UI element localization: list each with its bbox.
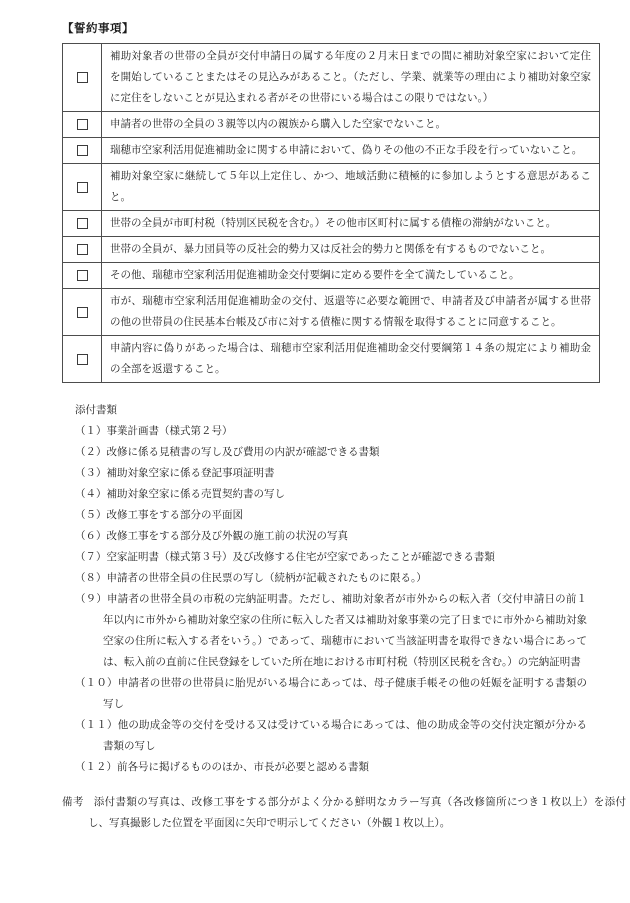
- pledge-row: 市が、瑞穂市空家利活用促進補助金の交付、返還等に必要な範囲で、申請者及び申請者が…: [63, 289, 600, 336]
- pledge-checkbox[interactable]: [77, 270, 88, 281]
- pledge-checkbox-cell: [63, 336, 102, 383]
- attachment-item: （１０）申請者の世帯の世帯員に胎児がいる場合にあっては、母子健康手帳その他の妊娠…: [75, 673, 587, 715]
- pledge-row: 世帯の全員が、暴力団員等の反社会的勢力又は反社会的勢力と関係を有するものでないこ…: [63, 237, 600, 263]
- attachment-item: （２）改修に係る見積書の写し及び費用の内訳が確認できる書類: [75, 442, 587, 463]
- pledge-checkbox[interactable]: [77, 244, 88, 255]
- pledge-checkbox[interactable]: [77, 145, 88, 156]
- pledge-checkbox[interactable]: [77, 72, 88, 83]
- pledge-checkbox-cell: [63, 289, 102, 336]
- pledge-checkbox[interactable]: [77, 218, 88, 229]
- pledge-text: 瑞穂市空家利活用促進補助金に関する申請において、偽りその他の不正な手段を行ってい…: [102, 138, 600, 164]
- pledge-row: その他、瑞穂市空家利活用促進補助金交付要綱に定める要件を全て満たしていること。: [63, 263, 600, 289]
- pledge-text: 市が、瑞穂市空家利活用促進補助金の交付、返還等に必要な範囲で、申請者及び申請者が…: [102, 289, 600, 336]
- pledge-checkbox[interactable]: [77, 119, 88, 130]
- attachments-heading: 添付書類: [75, 400, 587, 421]
- attachment-item: （１）事業計画書（様式第２号）: [75, 421, 587, 442]
- attachments-section: 添付書類 （１）事業計画書（様式第２号） （２）改修に係る見積書の写し及び費用の…: [75, 400, 587, 778]
- pledge-text: 補助対象者の世帯の全員が交付申請日の属する年度の２月末日までの間に補助対象空家に…: [102, 44, 600, 112]
- pledge-row: 瑞穂市空家利活用促進補助金に関する申請において、偽りその他の不正な手段を行ってい…: [63, 138, 600, 164]
- pledge-table: 補助対象者の世帯の全員が交付申請日の属する年度の２月末日までの間に補助対象空家に…: [62, 43, 600, 383]
- pledge-text: 申請内容に偽りがあった場合は、瑞穂市空家利活用促進補助金交付要綱第１４条の規定に…: [102, 336, 600, 383]
- attachment-item: （３）補助対象空家に係る登記事項証明書: [75, 463, 587, 484]
- remarks-label: 備考: [62, 797, 84, 808]
- pledge-text: 世帯の全員が、暴力団員等の反社会的勢力又は反社会的勢力と関係を有するものでないこ…: [102, 237, 600, 263]
- attachment-item: （１１）他の助成金等の交付を受ける又は受けている場合にあっては、他の助成金等の交…: [75, 715, 587, 757]
- pledge-checkbox-cell: [63, 263, 102, 289]
- attachment-item: （６）改修工事をする部分及び外観の施工前の状況の写真: [75, 526, 587, 547]
- pledge-row: 申請者の世帯の全員の３親等以内の親族から購入した空家でないこと。: [63, 112, 600, 138]
- pledge-text: 申請者の世帯の全員の３親等以内の親族から購入した空家でないこと。: [102, 112, 600, 138]
- pledge-checkbox-cell: [63, 211, 102, 237]
- pledge-row: 補助対象者の世帯の全員が交付申請日の属する年度の２月末日までの間に補助対象空家に…: [63, 44, 600, 112]
- pledge-table-body: 補助対象者の世帯の全員が交付申請日の属する年度の２月末日までの間に補助対象空家に…: [63, 44, 600, 383]
- pledge-text: 補助対象空家に継続して５年以上定住し、かつ、地域活動に積極的に参加しようとする意…: [102, 164, 600, 211]
- document-page: 【誓約事項】 補助対象者の世帯の全員が交付申請日の属する年度の２月末日までの間に…: [0, 0, 630, 903]
- pledge-checkbox-cell: [63, 112, 102, 138]
- attachment-item: （４）補助対象空家に係る売買契約書の写し: [75, 484, 587, 505]
- pledge-checkbox[interactable]: [77, 354, 88, 365]
- pledge-row: 世帯の全員が市町村税（特別区民税を含む。）その他市区町村に属する債権の滞納がない…: [63, 211, 600, 237]
- pledge-checkbox-cell: [63, 138, 102, 164]
- pledge-row: 補助対象空家に継続して５年以上定住し、かつ、地域活動に積極的に参加しようとする意…: [63, 164, 600, 211]
- remarks-paragraph: 備考添付書類の写真は、改修工事をする部分がよく分かる鮮明なカラー写真（各改修箇所…: [62, 792, 626, 834]
- pledge-text: その他、瑞穂市空家利活用促進補助金交付要綱に定める要件を全て満たしていること。: [102, 263, 600, 289]
- attachment-item: （５）改修工事をする部分の平面図: [75, 505, 587, 526]
- attachments-list: （１）事業計画書（様式第２号） （２）改修に係る見積書の写し及び費用の内訳が確認…: [75, 421, 587, 778]
- pledge-checkbox[interactable]: [77, 307, 88, 318]
- pledge-checkbox-cell: [63, 164, 102, 211]
- section-title: 【誓約事項】: [62, 20, 600, 36]
- remarks-text: 添付書類の写真は、改修工事をする部分がよく分かる鮮明なカラー写真（各改修箇所につ…: [88, 797, 626, 829]
- pledge-checkbox-cell: [63, 237, 102, 263]
- attachment-item: （９）申請者の世帯全員の市税の完納証明書。ただし、補助対象者が市外からの転入者（…: [75, 589, 587, 673]
- attachment-item: （８）申請者の世帯全員の住民票の写し（続柄が記載されたものに限る。）: [75, 568, 587, 589]
- pledge-row: 申請内容に偽りがあった場合は、瑞穂市空家利活用促進補助金交付要綱第１４条の規定に…: [63, 336, 600, 383]
- attachment-item: （７）空家証明書（様式第３号）及び改修する住宅が空家であったことが確認できる書類: [75, 547, 587, 568]
- pledge-text: 世帯の全員が市町村税（特別区民税を含む。）その他市区町村に属する債権の滞納がない…: [102, 211, 600, 237]
- attachment-item: （１２）前各号に掲げるもののほか、市長が必要と認める書類: [75, 757, 587, 778]
- pledge-checkbox[interactable]: [77, 182, 88, 193]
- pledge-checkbox-cell: [63, 44, 102, 112]
